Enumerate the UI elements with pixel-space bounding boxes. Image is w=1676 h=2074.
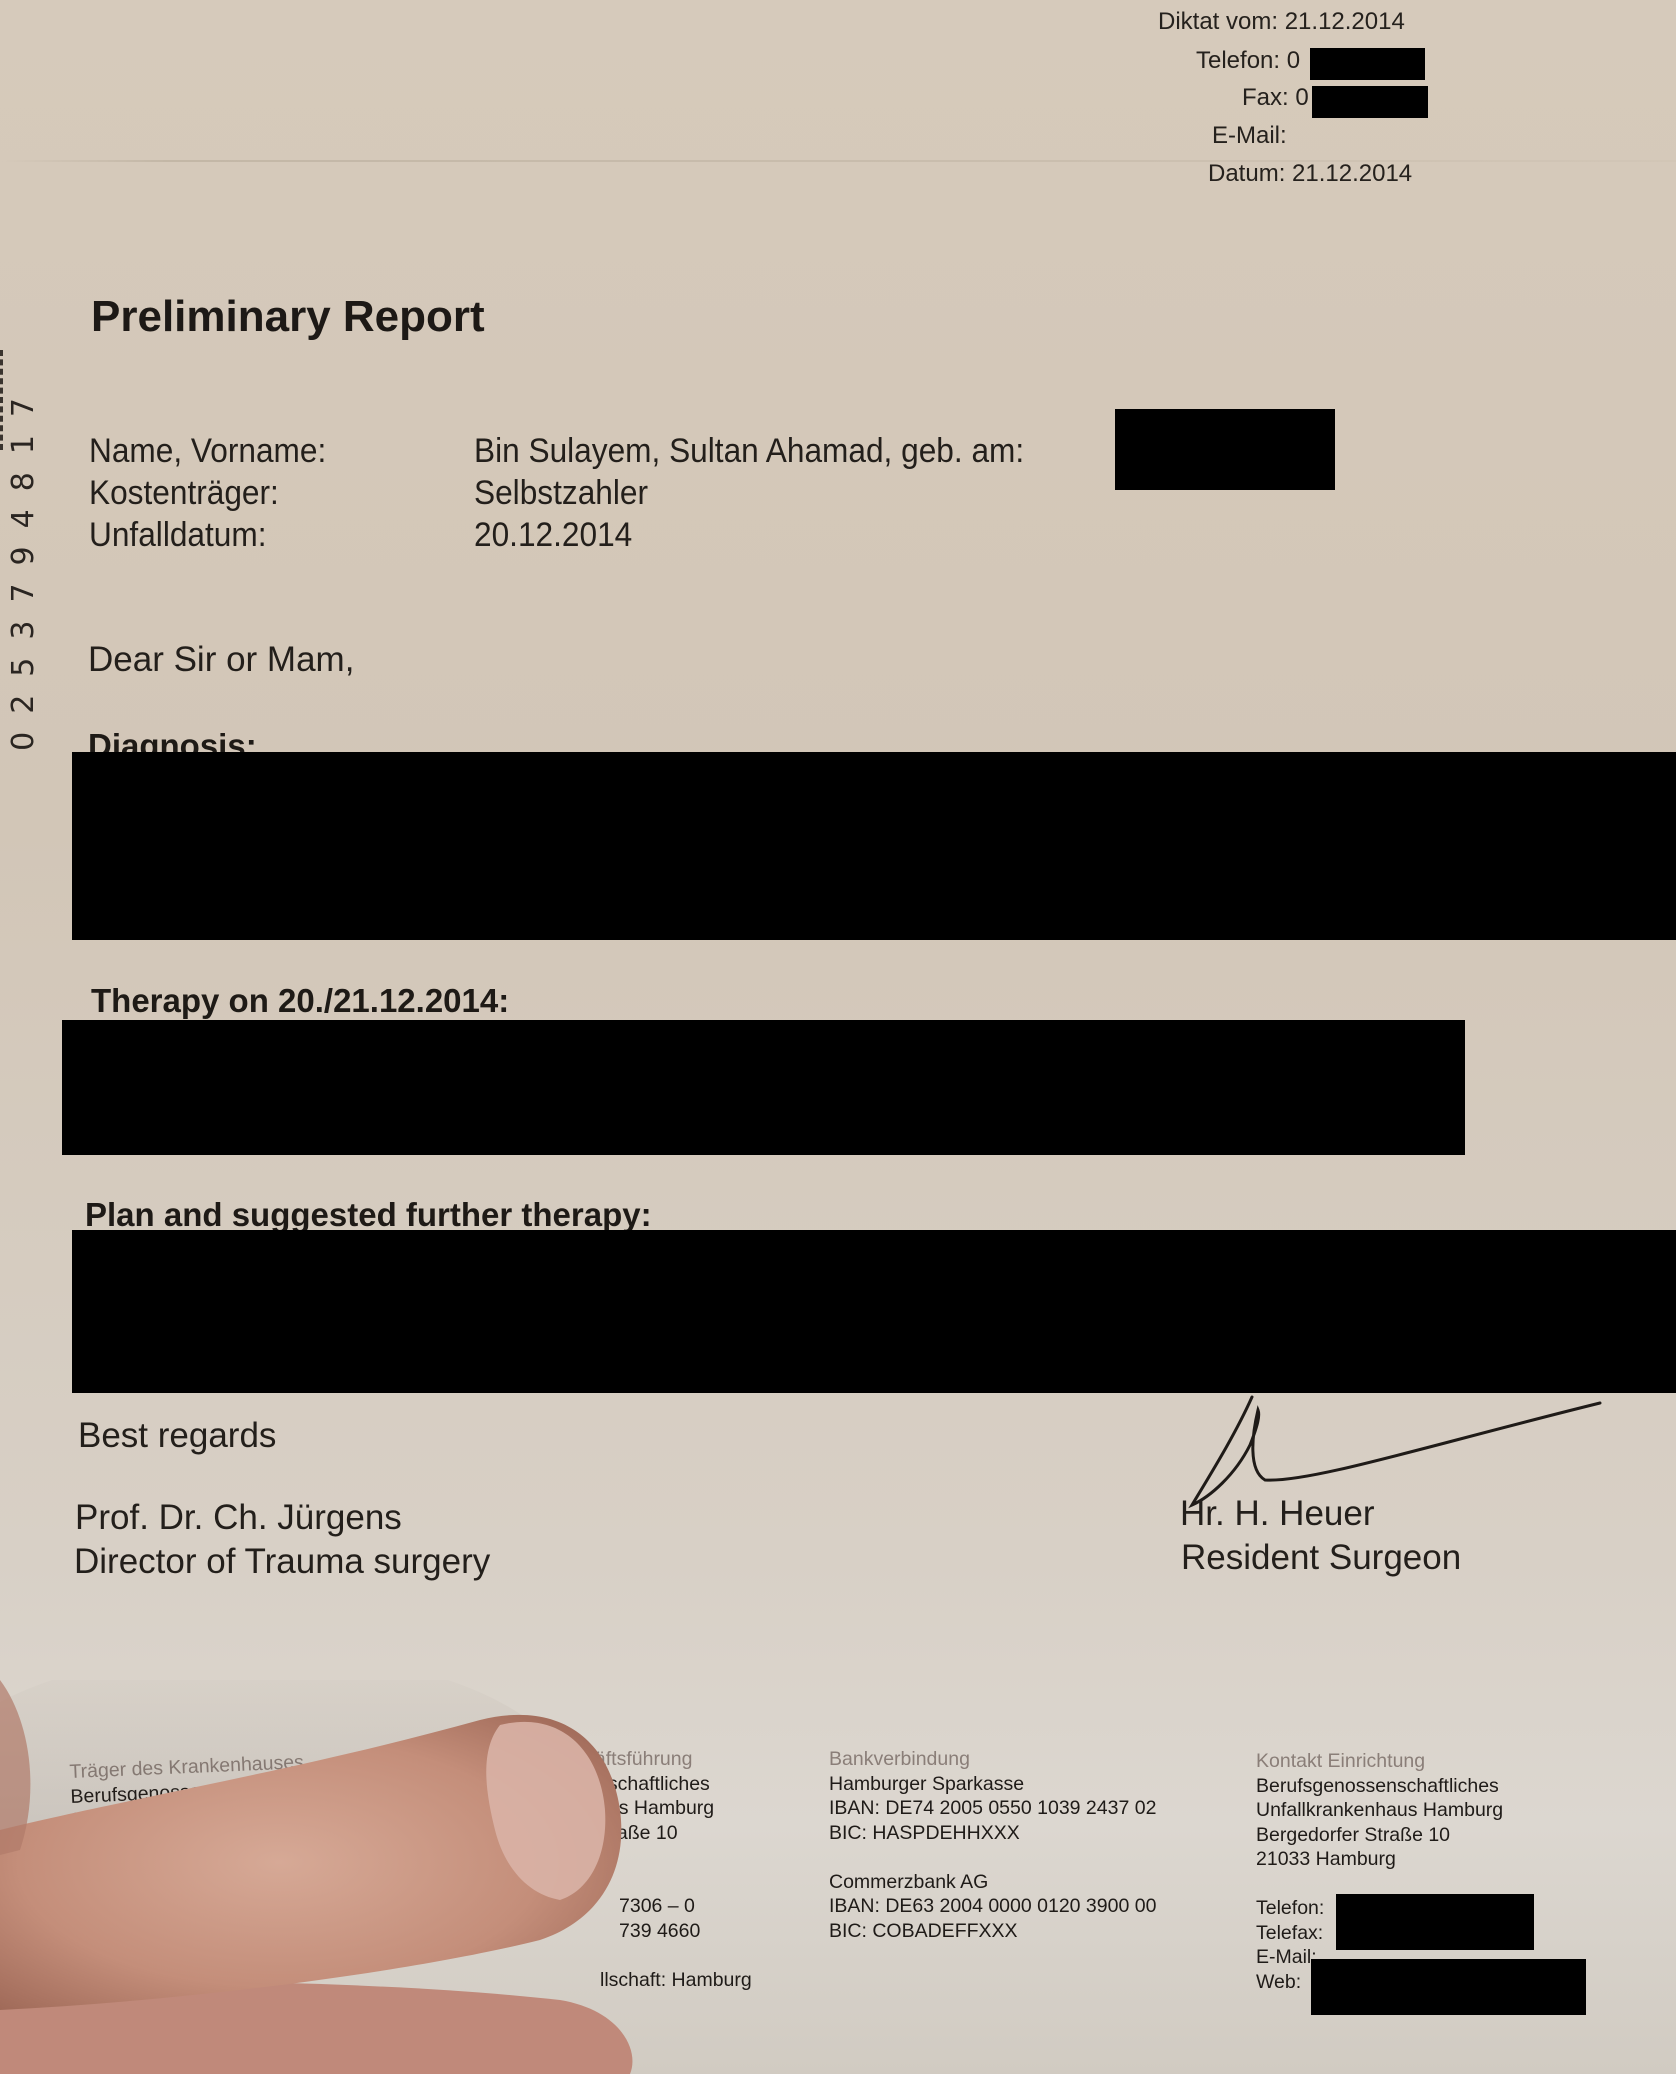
footer-mgmt-contact-line3: Straße 10 [467, 1821, 752, 1846]
name-value: Bin Sulayem, Sultan Ahamad, geb. am: [474, 432, 1024, 471]
payer-value: Selbstzahler [474, 474, 648, 513]
footer-facility-line1: Berufsgenossenschaftliches [1256, 1774, 1503, 1799]
fax-label: Fax: [1242, 84, 1289, 112]
footer-mgmt-contact-label: Kontakt Geschäftsführung [467, 1747, 752, 1772]
footer-hospital-operator: Träger des Krankenhauses Berufsgenossens… [69, 1747, 375, 1906]
facility-phone-fax-redaction [1336, 1894, 1534, 1950]
dictation-value: 21.12.2014 [1285, 8, 1405, 35]
footer-bank2-name: Commerzbank AG [829, 1870, 1156, 1895]
plan-heading: Plan and suggested further therapy: [85, 1196, 652, 1233]
salutation: Dear Sir or Mam, [88, 640, 354, 680]
phone-value: 0 [1287, 47, 1300, 74]
footer-bank1-name: Hamburger Sparkasse [829, 1772, 1156, 1797]
accident-date-label: Unfalldatum: [89, 516, 267, 555]
diagnosis-heading: Diagnosis: [88, 727, 257, 753]
footer-mgmt-contact-line1: Berufsgenossenschaftliches [467, 1772, 752, 1797]
phone-row: Telefon: 0 [1196, 47, 1300, 75]
email-label: E-Mail: [1212, 122, 1287, 150]
therapy-heading: Therapy on 20./21.12.2014: [91, 982, 509, 1022]
footer-facility-line4: 21033 Hamburg [1256, 1847, 1503, 1872]
footer-bank1-iban: IBAN: DE74 2005 0550 1039 2437 02 [829, 1796, 1156, 1821]
footer-facility-line2: Unfallkrankenhaus Hamburg [1256, 1798, 1503, 1823]
fax-row: Fax: 0 [1242, 84, 1309, 112]
payer-label: Kostenträger: [89, 474, 279, 513]
footer-mgmt-contact-line5: 739 4660 [467, 1919, 752, 1944]
footer-mgmt-contact-line6: llschaft: Hamburg [467, 1968, 752, 1993]
closing-text: Best regards [78, 1416, 276, 1456]
footer-bank2-bic: BIC: COBADEFFXXX [829, 1919, 1156, 1944]
birthdate-redaction [1115, 409, 1335, 490]
left-signatory-title: Director of Trauma surgery [74, 1542, 490, 1582]
dictation-date-row: Diktat vom: 21.12.2014 [1158, 8, 1405, 36]
email-row: E-Mail: [1212, 122, 1287, 150]
footer-management-contact: Kontakt Geschäftsführung Berufsgenossens… [467, 1747, 752, 1992]
date-value: 21.12.2014 [1292, 160, 1412, 187]
footer-mgmt-contact-line2: Unfallkrankenhaus Hamburg [467, 1796, 752, 1821]
paper-fold-line [0, 160, 1676, 162]
plan-redaction [72, 1230, 1676, 1393]
accident-date-value: 20.12.2014 [474, 516, 632, 555]
right-signatory-title: Resident Surgeon [1181, 1538, 1461, 1578]
fax-value: 0 [1295, 84, 1308, 111]
left-signatory-name: Prof. Dr. Ch. Jürgens [75, 1498, 402, 1538]
page-title: Preliminary Report [91, 292, 485, 342]
right-signatory-name: Hr. H. Heuer [1180, 1494, 1375, 1534]
footer-bank1-bic: BIC: HASPDEHHXXX [829, 1821, 1156, 1846]
footer-mgmt-contact-line4: 7306 – 0 [467, 1894, 752, 1919]
phone-redaction [1310, 48, 1425, 80]
date-label: Datum: [1208, 160, 1285, 188]
fax-redaction [1312, 86, 1428, 118]
footer-bank2-iban: IBAN: DE63 2004 0000 0120 3900 00 [829, 1894, 1156, 1919]
name-label: Name, Vorname: [89, 432, 326, 471]
facility-email-web-redaction [1311, 1959, 1586, 2015]
footer-facility-line3: Bergedorfer Straße 10 [1256, 1823, 1503, 1848]
dictation-label: Diktat vom: [1158, 8, 1278, 36]
footer-bank-label: Bankverbindung [829, 1747, 1156, 1772]
diagnosis-redaction [72, 752, 1676, 940]
phone-label: Telefon: [1196, 47, 1280, 75]
date-row: Datum: 21.12.2014 [1208, 160, 1412, 188]
footer-facility-label: Kontakt Einrichtung [1256, 1749, 1503, 1774]
side-reference-number: 0253794817 [6, 380, 41, 751]
footer-facility-contact: Kontakt Einrichtung Berufsgenossenschaft… [1256, 1749, 1503, 1994]
footer-bank-details: Bankverbindung Hamburger Sparkasse IBAN:… [829, 1747, 1156, 1943]
therapy-redaction [62, 1020, 1465, 1155]
